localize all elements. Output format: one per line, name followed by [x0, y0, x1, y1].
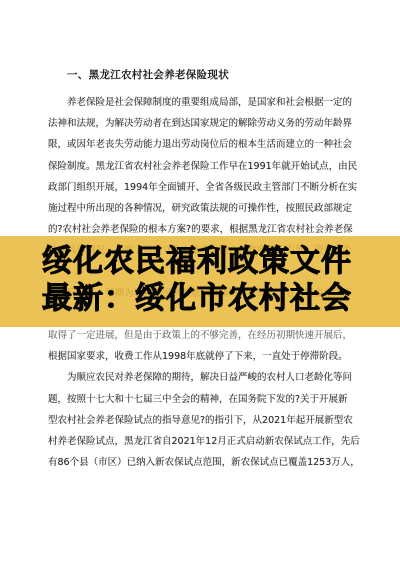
- title-banner-overlay[interactable]: 绥化农民福利政策文件 最新：绥化市农村社会: [0, 236, 400, 327]
- document-line: 题，按照十七大和十七届三中全会的精神，在国务院下发的?关于开展新: [48, 389, 354, 410]
- document-line: 法神和法规，为解决劳动者在到达国家规定的解除劳动义务的劳动年龄界: [48, 113, 354, 134]
- document-line: 施过程中所出现的各种情况，研究政策法规的可操作性，按照民政部规定: [48, 198, 354, 219]
- document-line: 政部门组织开展，1994年全面铺开、全省各级民政主管部门不断分析在实: [48, 177, 354, 198]
- banner-title-line2: 最新：绥化市农村社会: [42, 280, 400, 317]
- document-line: 保险制度。黑龙江省农村社会养老保险工作早在1991年就开始试点，由民: [48, 156, 354, 177]
- document-line: 养老保险是社会保障制度的重要组成局部，是国家和社会根据一定的: [48, 92, 354, 113]
- document-line: 取得了一定进展，但是由于政策上的不够完善，在经历初期快速开展后，: [48, 325, 354, 346]
- document-line: 限，或因年老丧失劳动能力退出劳动岗位后的根本生活而建立的一种社会: [48, 134, 354, 155]
- document-line: 村养老保险试点，黑龙江省自2021年12月正式启动新农保试点工作，先后: [48, 431, 354, 452]
- document-line: 为顺应农民对养老保障的期待，解决日益严峻的农村人口老龄化等问: [48, 367, 354, 388]
- document-line: 有86个县（市区）已纳入新农保试点范围，新农保试点已覆盖1253万人，: [48, 452, 354, 473]
- document-line: 根据国家要求，收费工作从1998年底就停了下来，一直处于停滞阶段。: [48, 346, 354, 367]
- banner-title: 绥化农民福利政策文件 最新：绥化市农村社会: [0, 236, 400, 317]
- banner-title-line1: 绥化农民福利政策文件: [42, 243, 400, 280]
- document-line: 型农村社会养老保险试点的指导意见?的指引下，从2021年起开展新型农: [48, 410, 354, 431]
- document-page: 一、黑龙江农村社会养老保险现状 养老保险是社会保障制度的重要组成局部，是国家和社…: [0, 0, 400, 566]
- section-heading: 一、黑龙江农村社会养老保险现状: [67, 67, 229, 82]
